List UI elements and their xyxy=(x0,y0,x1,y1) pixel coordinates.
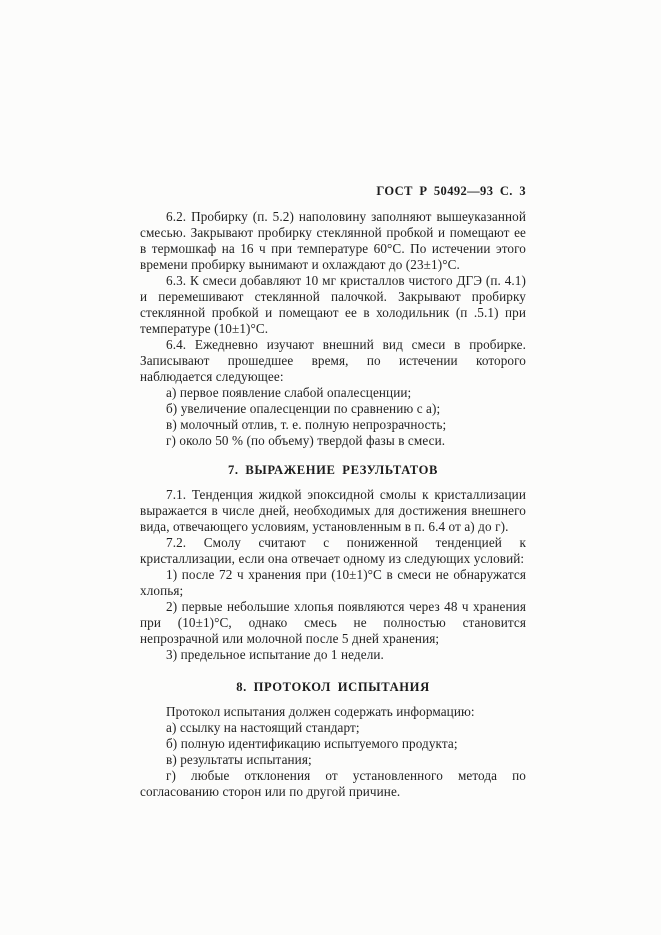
page-content: ГОСТ Р 50492—93 С. 3 6.2. Пробирку (п. 5… xyxy=(140,184,526,800)
list-item-6-4-b: б) увеличение опалесценции по сравнению … xyxy=(140,401,526,417)
list-item-7-2-3: 3) предельное испытание до 1 недели. xyxy=(140,647,526,663)
list-item-8-a: а) ссылку на настоящий стандарт; xyxy=(140,720,526,736)
list-item-7-2-2: 2) первые небольшие хлопья появляются че… xyxy=(140,599,526,647)
paragraph-6-3: 6.3. К смеси добавляют 10 мг кристаллов … xyxy=(140,273,526,337)
list-item-8-v: в) результаты испытания; xyxy=(140,752,526,768)
list-item-6-4-v: в) молочный отлив, т. е. полную непрозра… xyxy=(140,417,526,433)
paragraph-7-2: 7.2. Смолу считают с пониженной тенденци… xyxy=(140,535,526,567)
list-item-8-g: г) любые отклонения от установленного ме… xyxy=(140,768,526,800)
scanned-document: { "header": { "label": "ГОСТ Р 50492—93 … xyxy=(0,0,661,935)
paragraph-7-1: 7.1. Тенденция жидкой эпоксидной смолы к… xyxy=(140,487,526,535)
paragraph-6-4: 6.4. Ежедневно изучают внешний вид смеси… xyxy=(140,337,526,385)
section-heading-8: 8. ПРОТОКОЛ ИСПЫТАНИЯ xyxy=(140,679,526,695)
paragraph-8-intro: Протокол испытания должен содержать инфо… xyxy=(140,704,526,720)
paragraph-6-2: 6.2. Пробирку (п. 5.2) наполовину заполн… xyxy=(140,209,526,273)
list-item-8-b: б) полную идентификацию испытуемого прод… xyxy=(140,736,526,752)
list-item-7-2-1: 1) после 72 ч хранения при (10±1)°С в см… xyxy=(140,567,526,599)
list-item-6-4-g: г) около 50 % (по объему) твердой фазы в… xyxy=(140,433,526,449)
list-item-6-4-a: а) первое появление слабой опалесценции; xyxy=(140,385,526,401)
document-page: ГОСТ Р 50492—93 С. 3 6.2. Пробирку (п. 5… xyxy=(0,0,661,935)
running-header: ГОСТ Р 50492—93 С. 3 xyxy=(140,184,526,199)
section-heading-7: 7. ВЫРАЖЕНИЕ РЕЗУЛЬТАТОВ xyxy=(140,462,526,478)
